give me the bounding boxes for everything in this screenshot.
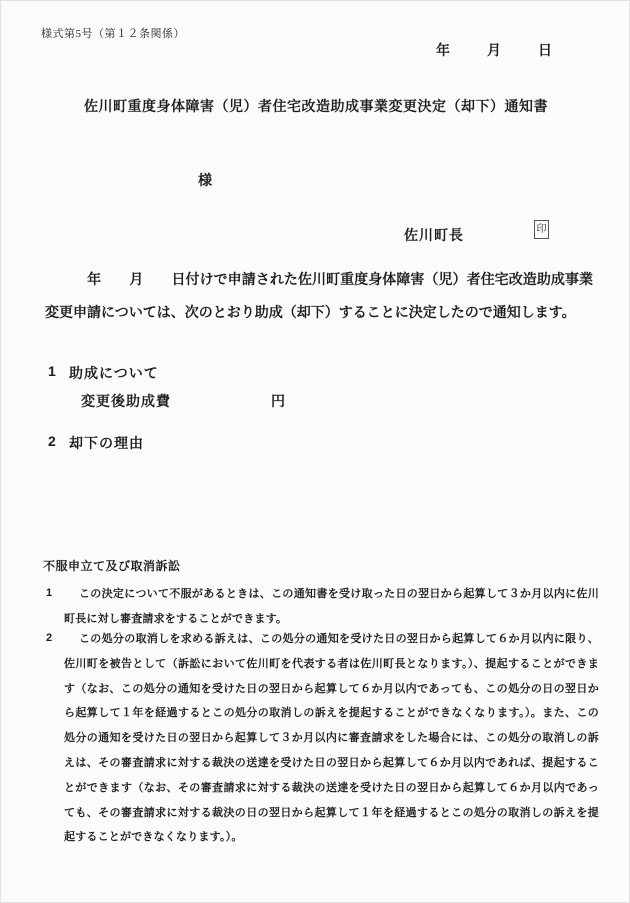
appeal-item-2-text: この処分の取消しを求める訴えは、この処分の通知を受けた日の翌日から起算して６か月…: [64, 627, 599, 850]
date-year-label: 年: [436, 40, 450, 60]
date-month-label: 月: [487, 40, 501, 60]
seal-mark: 印: [534, 220, 549, 239]
section-2-heading: 却下の理由: [69, 433, 144, 453]
issuer-name: 佐川町長: [404, 225, 464, 245]
subsidy-amount-label: 変更後助成費: [81, 391, 171, 411]
appeal-item-1-number: 1: [46, 587, 52, 599]
document-title: 佐川町重度身体障害（児）者住宅改造助成事業変更決定（却下）通知書: [1, 96, 630, 116]
section-1-heading: 助成について: [69, 363, 159, 383]
appeals-section-heading: 不服申立て及び取消訴訟: [43, 557, 181, 574]
subsidy-amount-unit: 円: [271, 391, 285, 411]
body-paragraph: 年 月 日付けで申請された佐川町重度身体障害（児）者住宅改造助成事業変更申請につ…: [45, 263, 593, 329]
section-1-number: 1: [48, 363, 56, 379]
section-2-number: 2: [48, 433, 56, 449]
form-number-label: 様式第5号（第１２条関係）: [41, 25, 185, 41]
appeal-item-1-text: この決定について不服があるときは、この通知書を受け取った日の翌日から起算して３か…: [64, 582, 599, 632]
document-page: 様式第5号（第１２条関係） 年 月 日 佐川町重度身体障害（児）者住宅改造助成事…: [0, 0, 630, 903]
date-day-label: 日: [538, 40, 552, 60]
addressee-honorific: 様: [198, 170, 212, 190]
appeal-item-2-number: 2: [46, 632, 52, 644]
